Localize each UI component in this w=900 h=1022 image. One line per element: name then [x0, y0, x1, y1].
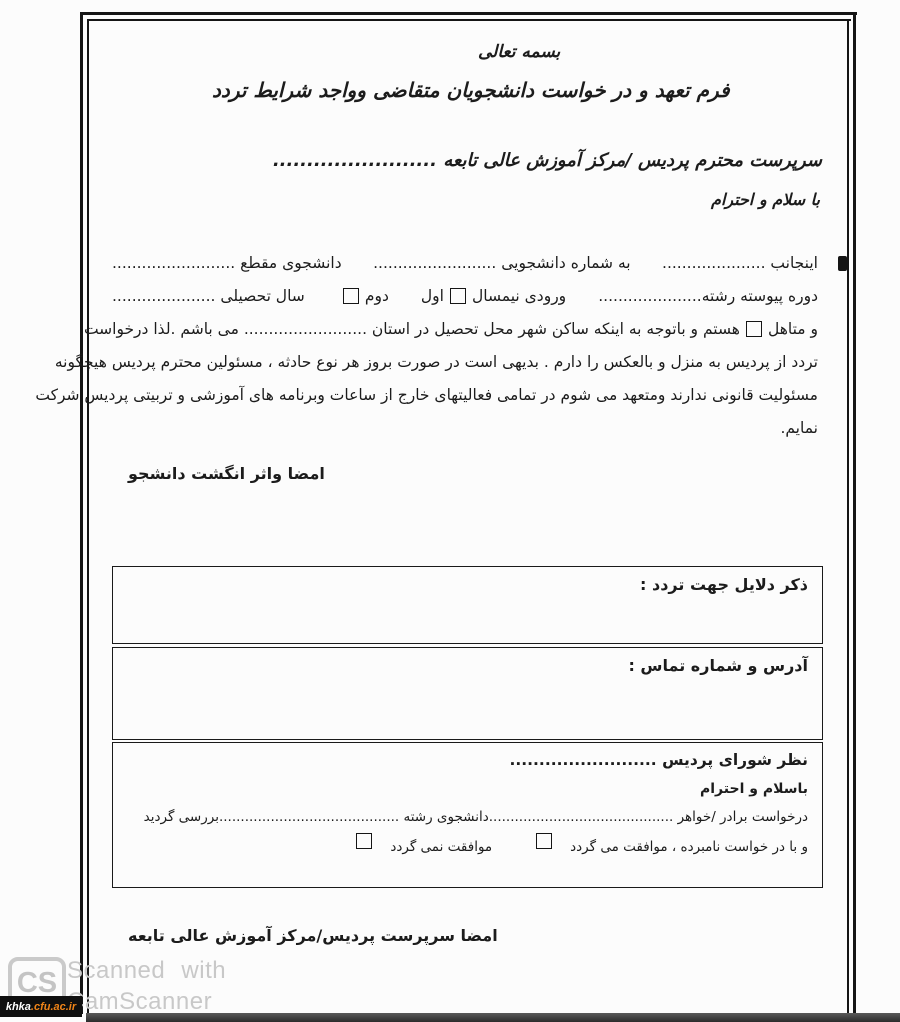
married-checkbox: [746, 321, 762, 337]
commitment-text-1: تردد از پردیس به منزل و بالعکس را دارم .…: [55, 353, 818, 371]
approve-checkbox: [536, 833, 552, 849]
council-title: نظر شورای پردیس ........................…: [113, 743, 822, 769]
camscanner-watermark: Scanned with CamScanner: [67, 955, 226, 1017]
commitment-paragraph: اینجانب ..................... به شماره د…: [100, 246, 818, 444]
reasons-box: ذکر دلایل جهت تردد :: [112, 566, 823, 644]
council-approval-line: و با در خواست نامبرده ، موافقت می گردد م…: [113, 825, 822, 855]
first-semester-option: ورودی نیمسال اول: [421, 287, 566, 305]
request-reviewed-text: بررسی گردید: [144, 809, 219, 825]
first-semester-label: اول: [421, 287, 444, 305]
council-salutation: باسلام و احترام: [113, 769, 822, 797]
student-name-field: اینجانب .....................: [662, 254, 818, 272]
student-number-field: به شماره دانشجویی ......................…: [373, 254, 630, 272]
site-watermark-banner: khka.cfu.ac.ir: [0, 996, 82, 1017]
married-option: و متاهل هستم و باتوجه به اینکه ساکن شهر …: [171, 320, 818, 338]
entry-semester-label: ورودی نیمسال: [472, 287, 566, 305]
reject-text: موافقت نمی گردد: [390, 839, 492, 855]
scan-edge-strip: [86, 1013, 900, 1022]
request-sibling-field: درخواست برادر /خواهر ...................…: [489, 809, 808, 825]
commitment-text-3: نمایم.: [780, 419, 818, 437]
therefore-request-text: لذا درخواست: [84, 320, 171, 338]
reject-checkbox: [356, 833, 372, 849]
frame-right-inner-line: [847, 19, 849, 1014]
request-major-field: دانشجوی رشته ...........................…: [219, 809, 489, 825]
marital-residence-line: و متاهل هستم و باتوجه به اینکه ساکن شهر …: [100, 312, 818, 345]
student-signature-label: امضا واثر انگشت دانشجو: [128, 464, 325, 483]
second-semester-label: دوم: [365, 287, 389, 305]
commitment-line-3: نمایم.: [100, 411, 818, 444]
commitment-line-1: تردد از پردیس به منزل و بالعکس را دارم .…: [100, 345, 818, 378]
salutation-line: با سلام و احترام: [711, 190, 820, 209]
frame-top-outer-line: [80, 12, 857, 15]
frame-left-inner-line: [87, 19, 89, 1014]
scanned-form-page: { "colors": { "ink": "#1c1c1c", "waterma…: [0, 0, 900, 1022]
degree-level-field: دانشجوی مقطع .........................: [112, 254, 342, 272]
approve-text: و با در خواست نامبرده ، موافقت می گردد: [570, 839, 808, 855]
commitment-line-2: مسئولیت قانونی ندارند ومتعهد می شوم در ت…: [100, 378, 818, 411]
camscanner-logo-text: CS: [17, 967, 57, 1000]
married-label: و متاهل: [768, 320, 818, 338]
program-entry-line: دوره پیوسته رشته..................... ور…: [100, 279, 818, 312]
second-semester-option: دوم: [337, 287, 389, 305]
major-field: دوره پیوسته رشته.....................: [598, 287, 818, 305]
reasons-box-label: ذکر دلایل جهت تردد :: [113, 567, 822, 594]
frame-top-inner-line: [87, 19, 851, 21]
site-domain-text: .cfu.ac.ir: [31, 1001, 76, 1013]
commitment-text-2: مسئولیت قانونی ندارند ومتعهد می شوم در ت…: [35, 386, 818, 404]
student-identity-line: اینجانب ..................... به شماره د…: [100, 246, 818, 279]
address-box: آدرس و شماره تماس :: [112, 647, 823, 740]
scanned-with-text: Scanned with: [67, 955, 226, 986]
council-box: نظر شورای پردیس ........................…: [112, 742, 823, 888]
scan-artifact-blob: [838, 256, 847, 271]
form-title: فرم تعهد و در خواست دانشجویان متقاضی ووا…: [212, 78, 730, 102]
second-semester-checkbox: [343, 288, 359, 304]
academic-year-field: سال تحصیلی .....................: [112, 287, 305, 305]
first-semester-checkbox: [450, 288, 466, 304]
supervisor-signature-label: امضا سرپرست پردیس/مرکز آموزش عالی تابعه: [128, 926, 498, 945]
site-name-text: khka: [6, 1001, 31, 1013]
frame-right-outer-line: [853, 12, 856, 1014]
frame-left-outer-line: [80, 12, 83, 1014]
address-box-label: آدرس و شماره تماس :: [113, 648, 822, 675]
council-request-line: درخواست برادر /خواهر ...................…: [113, 797, 822, 825]
basmala-heading: بسمه تعالی: [478, 42, 560, 62]
addressee-line: سرپرست محترم پردیس /مرکز آموزش عالی تابع…: [273, 150, 822, 171]
residence-text: هستم و باتوجه به اینکه ساکن شهر محل تحصی…: [171, 320, 740, 338]
